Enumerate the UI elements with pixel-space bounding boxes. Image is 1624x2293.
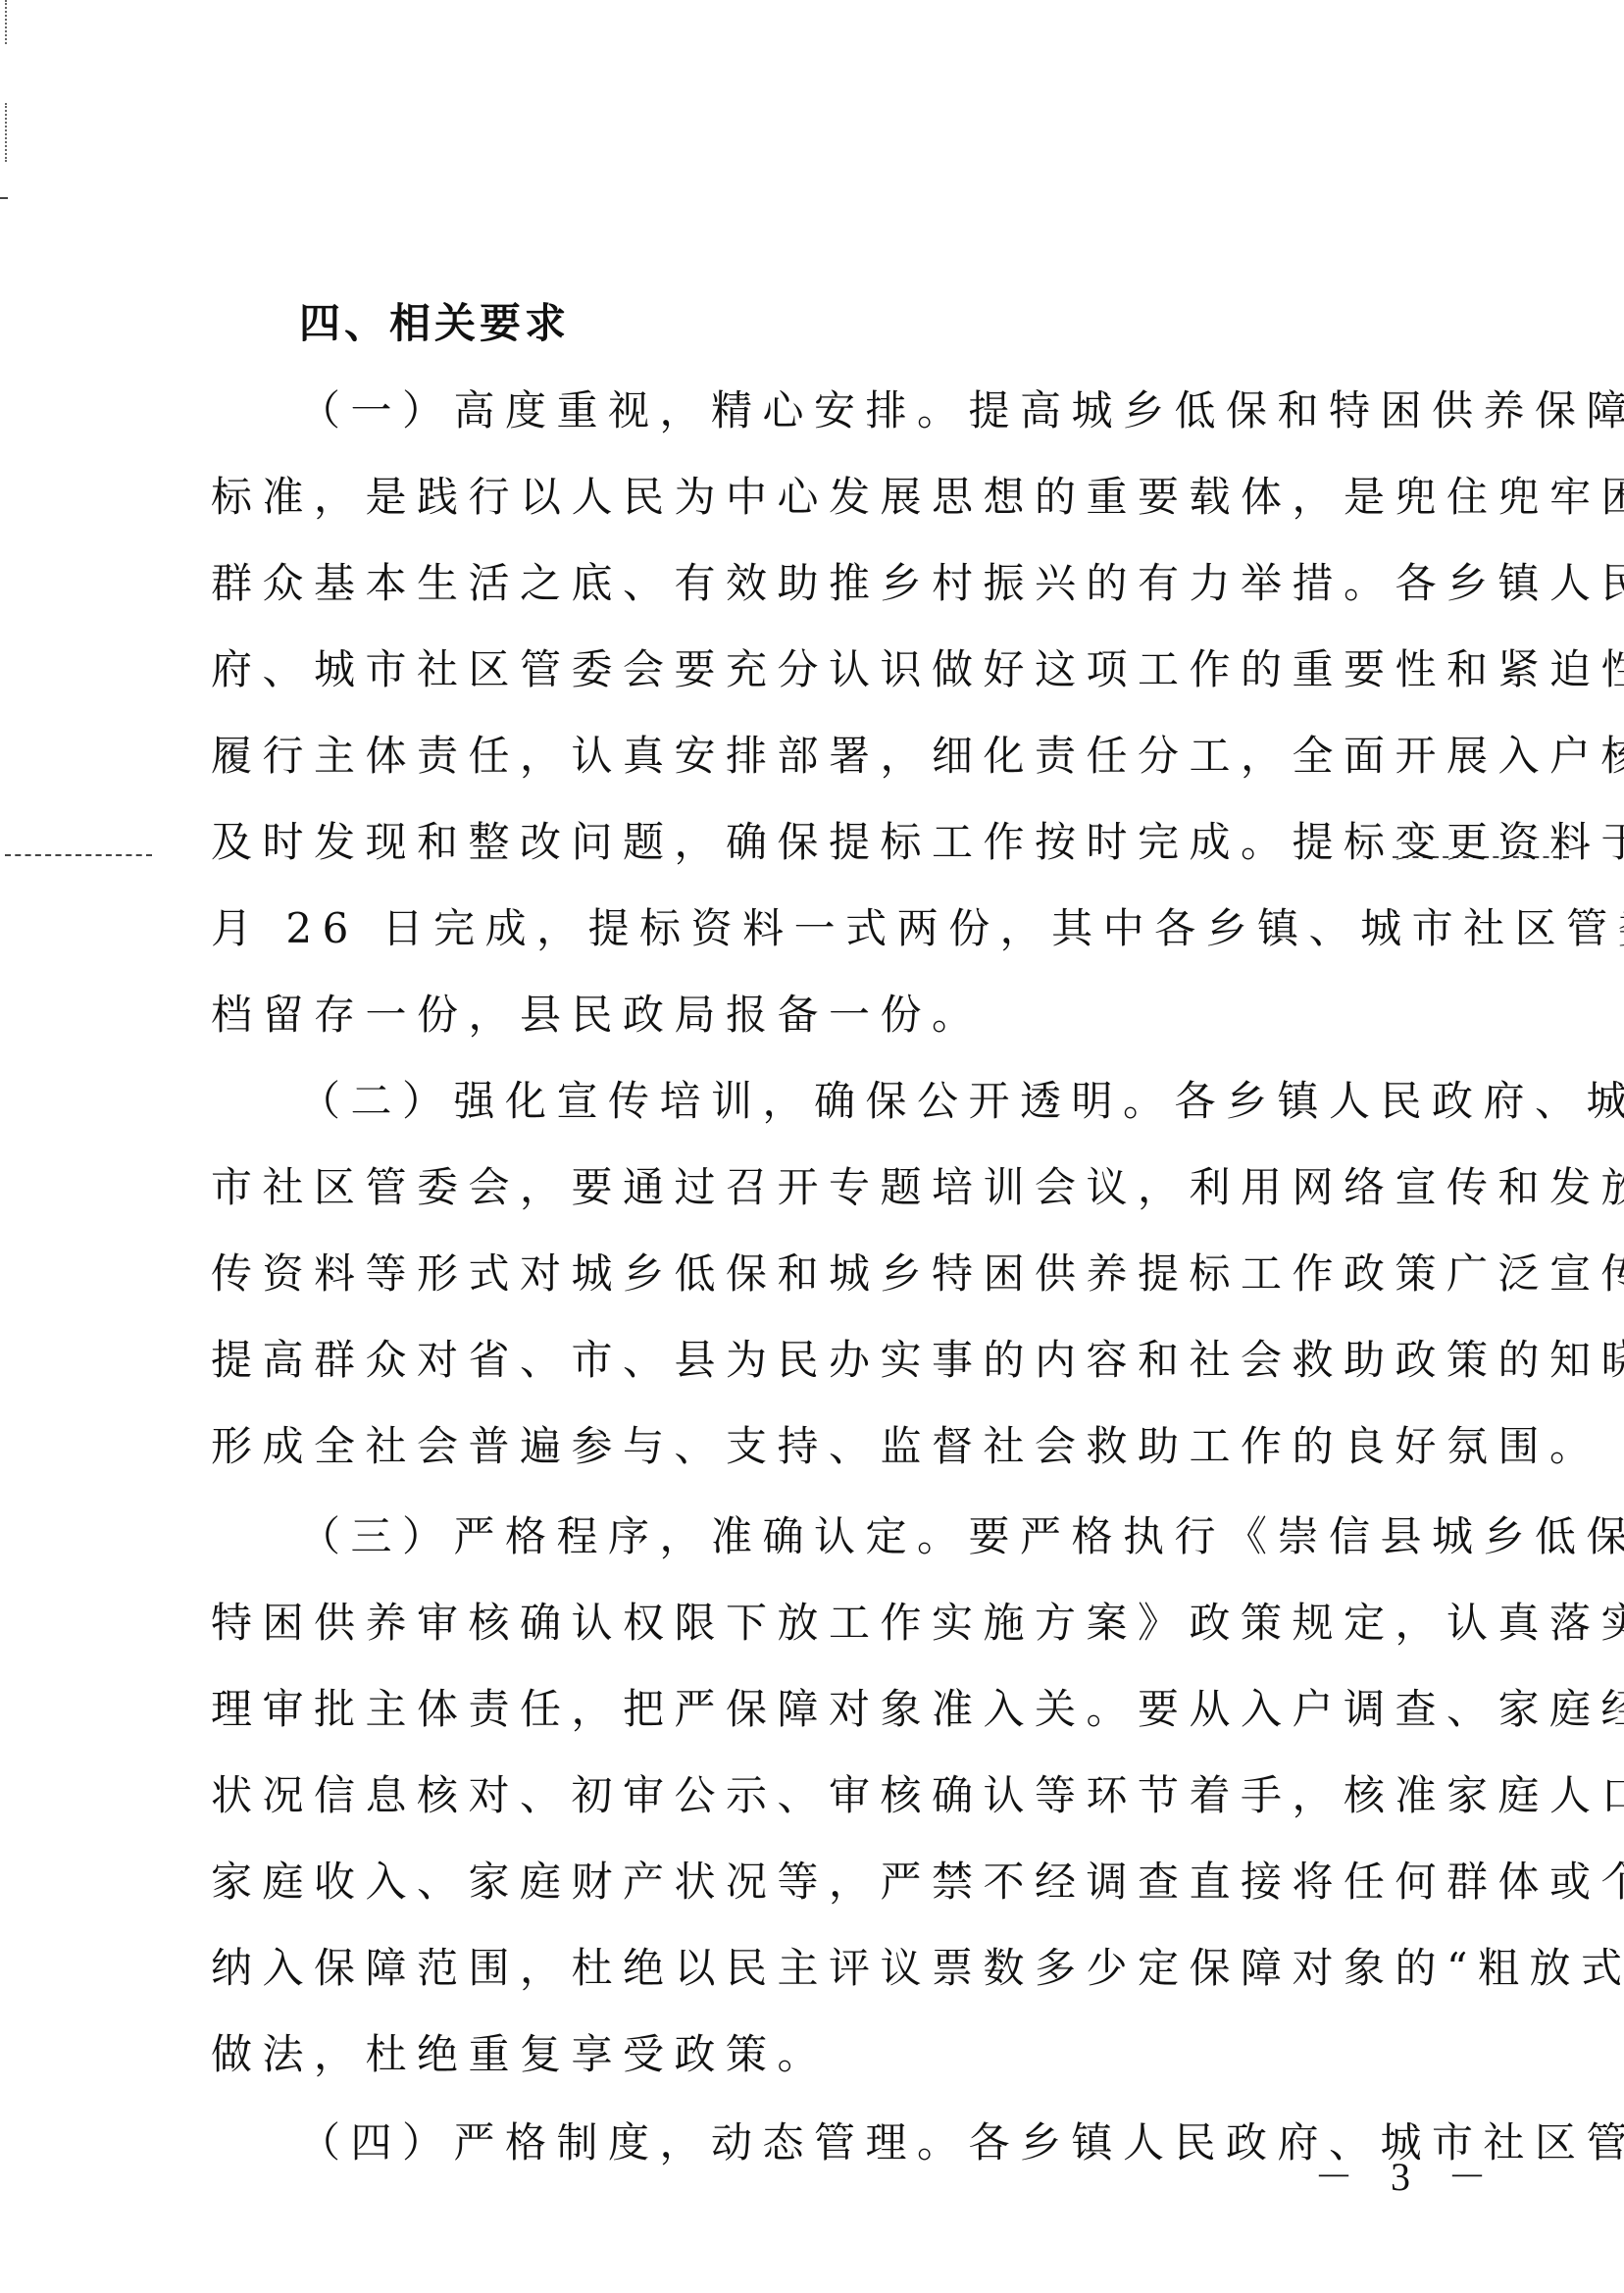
section-heading: 四、相关要求 (299, 294, 1564, 353)
paragraph-1-line-6: 及时发现和整改问题，确保提标工作按时完成。提标变更资料于 5 (211, 813, 1476, 872)
paragraph-4-line-1: （四）严格制度，动态管理。各乡镇人民政府、城市社区管 (299, 2114, 1476, 2172)
page-number: － 3 － (1314, 2153, 1500, 2202)
paragraph-1-line-1: （一）高度重视，精心安排。提高城乡低保和特困供养保障 (299, 382, 1476, 440)
paragraph-1-line-7: 月 26 日完成，提标资料一式两份，其中各乡镇、城市社区管委会装 (211, 899, 1476, 958)
paragraph-1-line-4: 府、城市社区管委会要充分认识做好这项工作的重要性和紧迫性， (211, 640, 1476, 699)
paragraph-3-line-3: 理审批主体责任，把严保障对象准入关。要从入户调查、家庭经济 (211, 1680, 1476, 1739)
paragraph-3-line-1: （三）严格程序，准确认定。要严格执行《崇信县城乡低保 (299, 1507, 1476, 1566)
paragraph-2-line-3: 传资料等形式对城乡低保和城乡特困供养提标工作政策广泛宣传， (211, 1245, 1476, 1303)
paragraph-1-line-2: 标准，是践行以人民为中心发展思想的重要载体，是兜住兜牢困难 (211, 468, 1476, 527)
paragraph-2-line-5: 形成全社会普遍参与、支持、监督社会救助工作的良好氛围。 (211, 1417, 1476, 1476)
paragraph-1-line-8: 档留存一份，县民政局报备一份。 (211, 986, 1476, 1045)
paragraph-1-line-5: 履行主体责任，认真安排部署，细化责任分工，全面开展入户核查， (211, 727, 1476, 786)
scan-margin-artifact (5, 103, 9, 162)
scan-margin-artifact (5, 0, 9, 44)
paragraph-3-line-4: 状况信息核对、初审公示、审核确认等环节着手，核准家庭人口、 (211, 1766, 1476, 1825)
paragraph-2-line-1: （二）强化宣传培训，确保公开透明。各乡镇人民政府、城 (299, 1072, 1476, 1131)
scan-edge-mark (0, 197, 8, 199)
paragraph-3-line-7: 做法，杜绝重复享受政策。 (211, 2025, 1476, 2084)
paragraph-3-line-2: 特困供养审核确认权限下放工作实施方案》政策规定，认真落实受 (211, 1594, 1476, 1653)
paragraph-3-line-6: 纳入保障范围，杜绝以民主评议票数多少定保障对象的“粗放式” (211, 1939, 1476, 1998)
paragraph-1-line-3: 群众基本生活之底、有效助推乡村振兴的有力举措。各乡镇人民政 (211, 554, 1476, 613)
paragraph-3-line-5: 家庭收入、家庭财产状况等，严禁不经调查直接将任何群体或个人 (211, 1853, 1476, 1911)
scan-dashed-line-left (5, 854, 152, 856)
paragraph-2-line-4: 提高群众对省、市、县为民办实事的内容和社会救助政策的知晓率， (211, 1331, 1476, 1390)
paragraph-2-line-2: 市社区管委会，要通过召开专题培训会议，利用网络宣传和发放宣 (211, 1158, 1476, 1217)
document-page: 四、相关要求 （一）高度重视，精心安排。提高城乡低保和特困供养保障 标准，是践行… (0, 0, 1624, 2293)
